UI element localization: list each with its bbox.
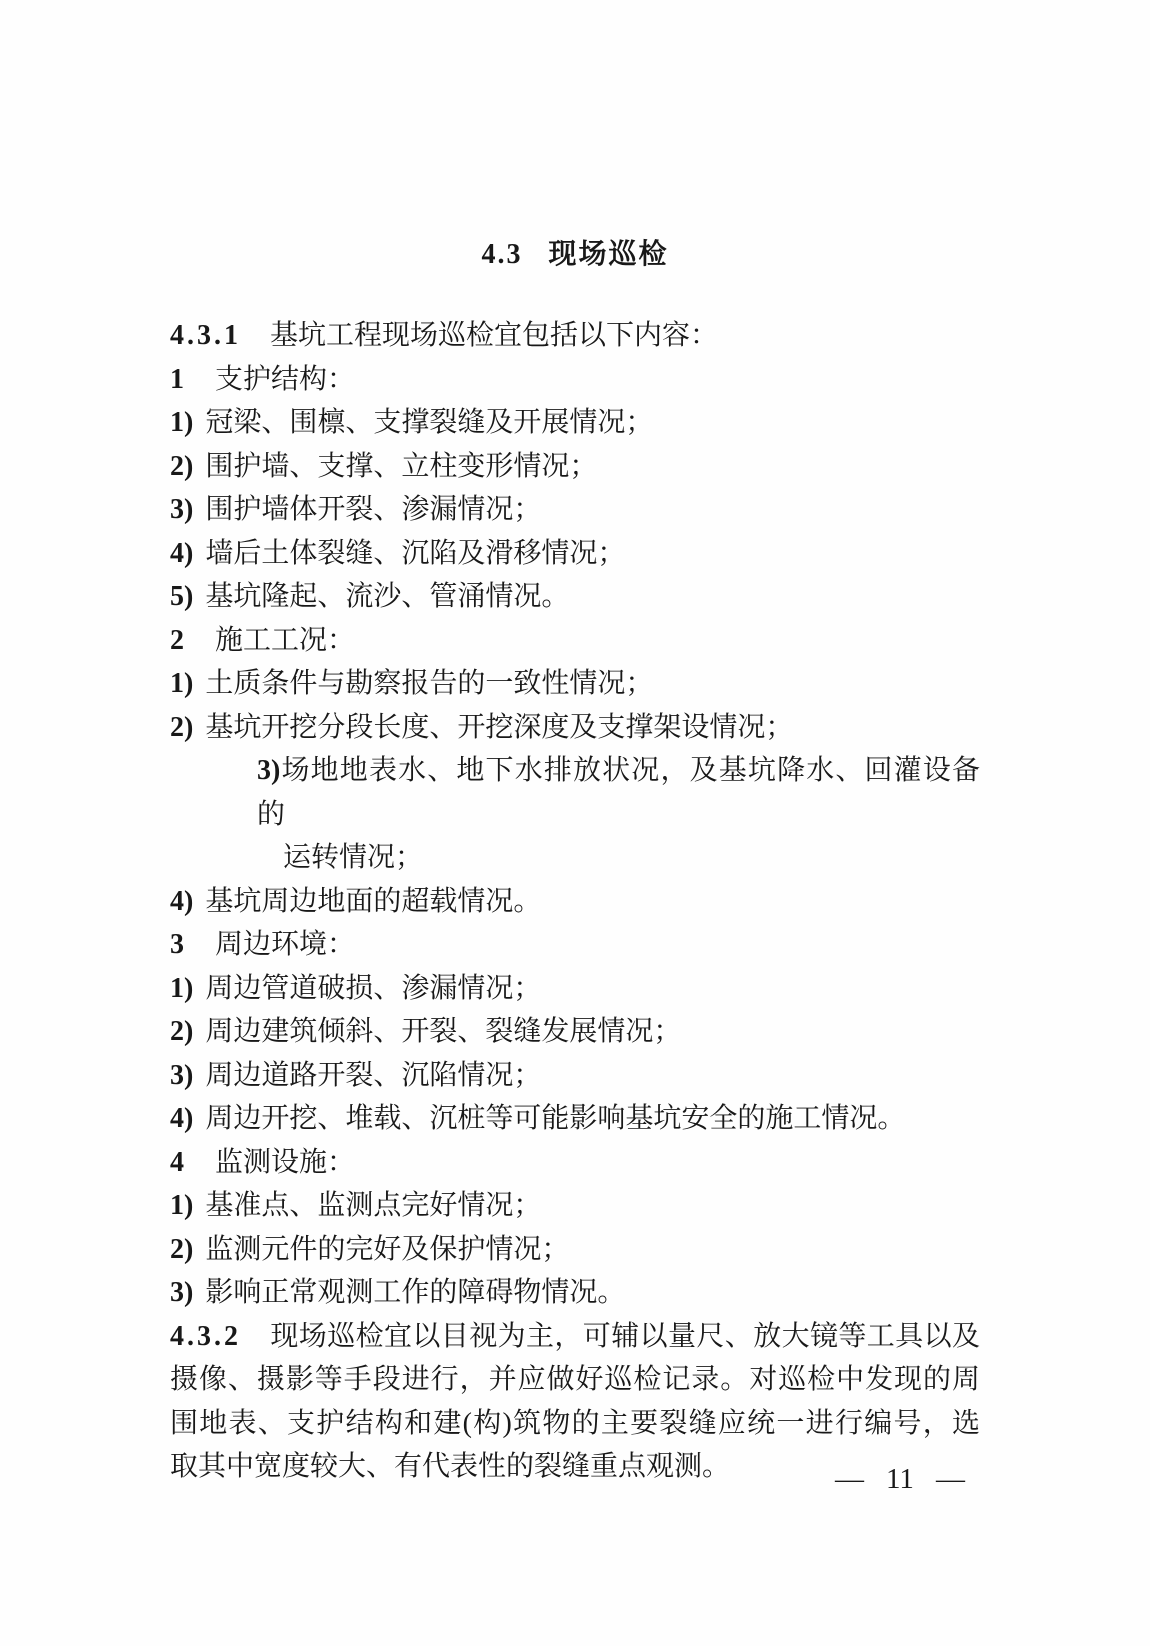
list-item-marker: 2): [170, 1016, 193, 1047]
group-title: 施工工况：: [215, 625, 355, 656]
list-item-text: 周边建筑倾斜、开裂、裂缝发展情况；: [205, 1016, 681, 1047]
list-item: 1)周边管道破损、渗漏情况；: [170, 967, 980, 1011]
clause-line: 围地表、支护结构和建(构)筑物的主要裂缝应统一进行编号，选: [170, 1402, 980, 1446]
list-item: 2)监测元件的完好及保护情况；: [170, 1228, 980, 1272]
list-item-marker: 4): [170, 886, 193, 917]
list-item: 4)基坑周边地面的超载情况。: [170, 880, 980, 924]
list-item-marker: 3): [170, 494, 193, 525]
group-number: 3: [170, 929, 184, 960]
list-item: 4)周边开挖、堆载、沉桩等可能影响基坑安全的施工情况。: [170, 1097, 980, 1141]
list-item: 3)影响正常观测工作的障碍物情况。: [170, 1271, 980, 1315]
list-item-text: 基坑周边地面的超载情况。: [205, 886, 541, 917]
clause-line: 4.3.2现场巡检宜以目视为主，可辅以量尺、放大镜等工具以及: [170, 1315, 980, 1359]
page-number-dash-right: —: [936, 1462, 965, 1496]
clause-4-3-1: 4.3.1基坑工程现场巡检宜包括以下内容：: [170, 314, 980, 358]
list-item-text: 基坑隆起、流沙、管涌情况。: [205, 581, 569, 612]
list-item-text: 围护墙体开裂、渗漏情况；: [205, 494, 541, 525]
list-item-text: 场地地表水、地下水排放状况，及基坑降水、回灌设备的: [257, 755, 980, 830]
list-item: 3)场地地表水、地下水排放状况，及基坑降水、回灌设备的 运转情况；: [170, 749, 980, 880]
list-item-text: 冠梁、围檩、支撑裂缝及开展情况；: [205, 407, 653, 438]
list-item: 3)围护墙体开裂、渗漏情况；: [170, 488, 980, 532]
section-heading: 4.3现场巡检: [0, 232, 1150, 272]
list-item-text: 周边管道破损、渗漏情况；: [205, 973, 541, 1004]
list-group-1-heading: 1支护结构：: [170, 358, 980, 402]
list-item-text: 围护墙、支撑、立柱变形情况；: [205, 451, 597, 482]
clause-text: 基坑工程现场巡检宜包括以下内容：: [270, 320, 718, 351]
list-item-text: 基准点、监测点完好情况；: [205, 1190, 541, 1221]
list-item: 1)基准点、监测点完好情况；: [170, 1184, 980, 1228]
list-item: 4)墙后土体裂缝、沉陷及滑移情况；: [170, 532, 980, 576]
list-item-marker: 1): [170, 1190, 193, 1221]
list-item-marker: 1): [170, 973, 193, 1004]
list-item-text: 监测元件的完好及保护情况；: [205, 1234, 569, 1265]
list-item-marker: 4): [170, 1103, 193, 1134]
list-item-text: 周边开挖、堆载、沉桩等可能影响基坑安全的施工情况。: [205, 1103, 905, 1134]
list-item-text: 影响正常观测工作的障碍物情况。: [205, 1277, 625, 1308]
clause-text: 现场巡检宜以目视为主，可辅以量尺、放大镜等工具以及: [270, 1321, 980, 1352]
list-item-line: 3)场地地表水、地下水排放状况，及基坑降水、回灌设备的: [257, 749, 980, 836]
document-body: 4.3.1基坑工程现场巡检宜包括以下内容： 1支护结构： 1)冠梁、围檩、支撑裂…: [170, 314, 980, 1489]
list-item-line: 运转情况；: [283, 836, 980, 880]
list-group-4-heading: 4监测设施：: [170, 1141, 980, 1185]
list-item: 5)基坑隆起、流沙、管涌情况。: [170, 575, 980, 619]
list-item-text: 周边道路开裂、沉陷情况；: [205, 1060, 541, 1091]
page-number-dash-left: —: [835, 1462, 864, 1496]
clause-number: 4.3.1: [170, 320, 241, 351]
group-title: 监测设施：: [215, 1147, 355, 1178]
list-group-2-heading: 2施工工况：: [170, 619, 980, 663]
page-number-value: 11: [886, 1462, 914, 1496]
document-page: 4.3现场巡检 4.3.1基坑工程现场巡检宜包括以下内容： 1支护结构： 1)冠…: [0, 0, 1150, 1646]
list-item-marker: 2): [170, 1234, 193, 1265]
list-item: 1)土质条件与勘察报告的一致性情况；: [170, 662, 980, 706]
list-item-marker: 3): [170, 1277, 193, 1308]
list-item-text: 基坑开挖分段长度、开挖深度及支撑架设情况；: [205, 712, 793, 743]
list-item: 1)冠梁、围檩、支撑裂缝及开展情况；: [170, 401, 980, 445]
list-item-marker: 2): [170, 712, 193, 743]
list-item-marker: 5): [170, 581, 193, 612]
list-item-marker: 2): [170, 451, 193, 482]
group-number: 1: [170, 364, 184, 395]
list-item-marker: 1): [170, 407, 193, 438]
list-item-marker: 4): [170, 538, 193, 569]
list-item-text: 墙后土体裂缝、沉陷及滑移情况；: [205, 538, 625, 569]
section-number: 4.3: [481, 239, 522, 270]
list-item: 2)围护墙、支撑、立柱变形情况；: [170, 445, 980, 489]
list-item-text: 土质条件与勘察报告的一致性情况；: [205, 668, 653, 699]
group-number: 2: [170, 625, 184, 656]
group-title: 支护结构：: [215, 364, 355, 395]
list-item: 2)基坑开挖分段长度、开挖深度及支撑架设情况；: [170, 706, 980, 750]
list-item: 2)周边建筑倾斜、开裂、裂缝发展情况；: [170, 1010, 980, 1054]
group-number: 4: [170, 1147, 184, 1178]
list-item-marker: 3): [170, 1060, 193, 1091]
section-title-text: 现场巡检: [548, 239, 668, 270]
list-item: 3)周边道路开裂、沉陷情况；: [170, 1054, 980, 1098]
page-number: — 11 —: [835, 1462, 965, 1496]
list-item-marker: 1): [170, 668, 193, 699]
clause-number: 4.3.2: [170, 1321, 241, 1352]
list-group-3-heading: 3周边环境：: [170, 923, 980, 967]
list-item-marker: 3): [257, 755, 280, 786]
clause-line: 摄像、摄影等手段进行，并应做好巡检记录。对巡检中发现的周: [170, 1358, 980, 1402]
group-title: 周边环境：: [215, 929, 355, 960]
